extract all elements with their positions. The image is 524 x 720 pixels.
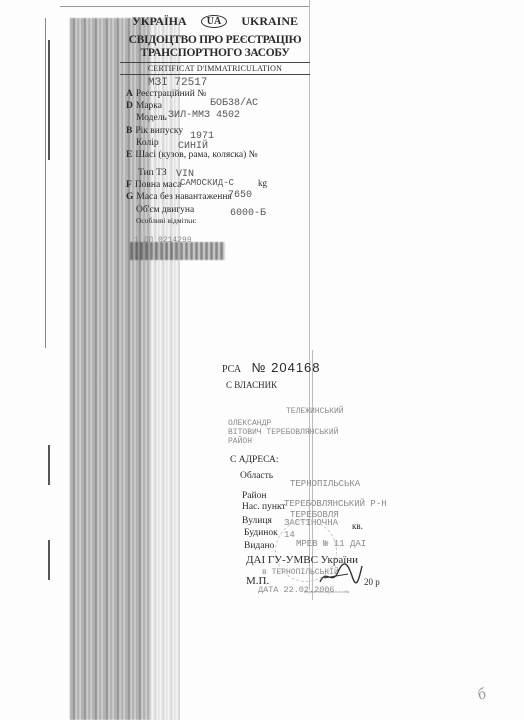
value-engine-volume: 6000-Б xyxy=(230,208,266,219)
scan-edge-mark xyxy=(48,40,50,160)
country-ua: УКРАЇНА xyxy=(132,14,187,29)
title-line1: СВІДОЦТВО ПРО РЕЄСТРАЦІЮ xyxy=(120,34,310,47)
rca-label: РСА xyxy=(222,364,241,375)
field-gross-mass: FПовна маса xyxy=(126,180,181,190)
address-field-region: Область xyxy=(240,471,273,481)
scan-edge-mark xyxy=(48,540,50,580)
value-body-type: САМОСКИД-С xyxy=(180,178,234,188)
field-color: Колір xyxy=(136,138,159,148)
smeared-note: 1 ДП 0214299 xyxy=(134,236,192,245)
address-field-street: Вулиця xyxy=(242,516,272,526)
field-engine-volume: Об'єм двигуна xyxy=(136,205,194,215)
certificate-header: УКРАЇНА UA UKRAINE СВІДОЦТВО ПРО РЕЄСТРА… xyxy=(120,14,310,75)
field-special-notes: Особливі відмітки: xyxy=(136,216,197,225)
owner-label: C ВЛАСНИК xyxy=(226,380,277,390)
owner-line-2: ОЛЕКСАНДР xyxy=(228,419,271,428)
field-empty-mass: GМаса без навантаження xyxy=(126,192,232,202)
owner-line-3: ВІТОВИЧ ТЕРЕБОВЛЯНСЬКИЙ xyxy=(228,428,338,437)
field-chassis: EШасі (кузов, рама, коляска) № xyxy=(126,150,258,160)
address-field-issued: Видано xyxy=(244,541,274,551)
scan-top-rule xyxy=(60,6,310,7)
country-code-badge: UA xyxy=(201,15,227,28)
title-fr: CERTIFICAT D'IMMATRICULATION xyxy=(120,62,310,75)
scan-artifact-band xyxy=(150,18,180,720)
field-vehicle-type: Тип ТЗ xyxy=(138,168,167,178)
value-model: ЗИЛ-ММЗ 4502 xyxy=(168,110,240,121)
page-handwritten-mark: б xyxy=(475,685,489,705)
address-field-district: Район xyxy=(242,491,266,501)
rca-number: № 204168 xyxy=(252,360,321,375)
series-number: МЗІ 72517 xyxy=(148,77,207,89)
country-en: UKRAINE xyxy=(241,14,298,29)
rca-block: РСА № 204168 xyxy=(222,360,321,375)
address-field-locality: Нас. пункт xyxy=(242,502,286,512)
field-reg-number: AРеєстраційний № xyxy=(126,89,206,99)
address-apartment-label: кв. xyxy=(352,521,363,531)
scan-edge-mark xyxy=(48,445,50,485)
field-make: DМарка xyxy=(126,101,162,111)
field-model: Модель xyxy=(136,113,167,123)
title-line2: ТРАНСПОРТНОГО ЗАСОБУ xyxy=(120,47,310,60)
scan-artifact-band xyxy=(70,18,150,720)
address-label: C АДРЕСА: xyxy=(230,455,279,465)
owner-line-4: РАЙОН xyxy=(228,437,252,446)
unit-kg: kg xyxy=(258,178,267,188)
signature-footnote: підпис посадової особи xyxy=(304,589,349,594)
address-value-locality: ТЕРЕБОВЛЯНСЬКИЙ Р-Н xyxy=(284,499,387,509)
address-value-region: ТЕРНОПІЛЬСЬКА xyxy=(290,479,360,489)
value-make: БОБ38/АС xyxy=(210,98,258,109)
address-field-building: Будинок xyxy=(244,528,278,538)
owner-line-1: ТЕЛЕЖИНСЬКИЙ xyxy=(286,407,344,416)
value-empty-mass: 7650 xyxy=(228,190,252,201)
year-suffix: 20 р xyxy=(364,577,380,587)
field-year: BРік випуску xyxy=(126,126,183,136)
